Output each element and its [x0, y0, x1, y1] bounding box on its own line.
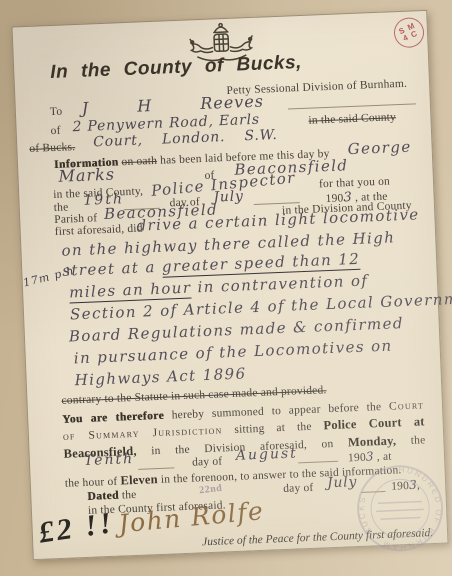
struck-on-oath: on oath: [121, 155, 157, 168]
summary-jurisdiction-smallcaps: of Summary Jurisdiction: [63, 424, 223, 442]
fill-line: [288, 93, 416, 109]
faint-office-stamp: HUNDRED OF BURNHAM · BUCKS: [348, 456, 452, 560]
the-label: the: [54, 201, 69, 214]
of-label: of: [50, 125, 60, 137]
offence-line8: Highways Act 1896: [74, 364, 246, 389]
to-label: To: [50, 106, 63, 118]
eleven-bold: Eleven: [120, 472, 158, 487]
document-paper: S M 4 C In the County of Bucks, Petty Se…: [11, 10, 448, 560]
fill-line: [298, 451, 338, 464]
court-smallcaps: Court: [389, 399, 424, 412]
hearing-day-of: day of: [192, 455, 223, 468]
monday-bold: Monday,: [348, 433, 397, 449]
red-archive-stamp: S M 4 C: [389, 13, 429, 53]
dated-line: Dated the: [87, 489, 137, 503]
hearing-day-hw: Tenth: [84, 451, 135, 469]
dated-word: Dated: [87, 490, 119, 503]
fill-line: [138, 457, 174, 469]
svg-text:HUNDRED OF BURNHAM · BUCKS: HUNDRED OF BURNHAM · BUCKS: [355, 463, 445, 553]
dated-day-stamp: 22nd: [199, 483, 223, 496]
hearing-month-hw: August: [236, 445, 299, 463]
struck-of-bucks: of Bucks.: [29, 141, 75, 155]
did-label: first aforesaid, did: [54, 222, 142, 238]
photographed-summons-document: S M 4 C In the County of Bucks, Petty Se…: [0, 0, 452, 576]
dated-day-of: day of: [283, 482, 314, 495]
fill-line: [253, 192, 299, 205]
document-title: In the County of Bucks,: [50, 52, 302, 84]
summons-line2-mid: sitting at the: [234, 421, 312, 436]
stamp-arc-text: HUNDRED OF BURNHAM · BUCKS: [355, 463, 445, 553]
police-court-bold: Police Court at: [323, 414, 425, 432]
dated-the: the: [122, 489, 137, 502]
you-are-therefore: You are therefore: [62, 410, 164, 426]
summons-line3-end: the: [411, 434, 426, 447]
informant-last-name: Marks: [58, 165, 115, 186]
offence-line4-underlined: miles an hour: [69, 279, 192, 304]
hour-of-text: the hour of: [65, 476, 118, 490]
informant-first-name: George: [347, 138, 412, 159]
margin-note-17mph: 17m p h: [22, 264, 76, 290]
struck-in-said-county: in the said County: [308, 111, 396, 127]
